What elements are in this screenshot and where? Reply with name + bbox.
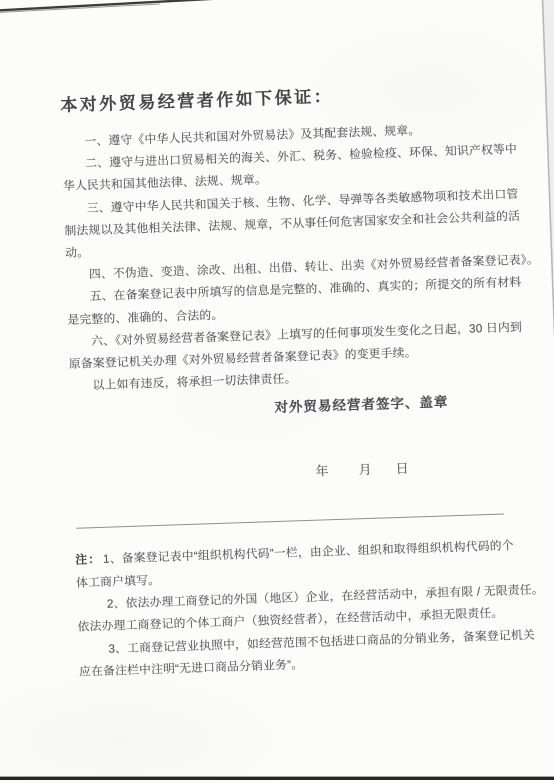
year-label: 年	[315, 464, 329, 479]
guarantee-list: 一、遵守《中华人民共和国对外贸易法》及其配套法规、规章。 二、遵守与进出口贸易相…	[61, 116, 532, 398]
month-label: 月	[358, 462, 372, 477]
signature-seal-caption: 对外贸易经营者签字、盖章	[274, 390, 533, 419]
page-top-edge-line	[0, 0, 219, 11]
date-line: 年月日	[315, 456, 534, 481]
note-prefix-label: 注：	[75, 552, 101, 567]
document-content: 本对外贸易经营者作如下保证： 一、遵守《中华人民共和国对外贸易法》及其配套法规、…	[60, 80, 541, 683]
notes-section: 注：1、备案登记表中“组织机构代码”一栏，由企业、组织和取得组织机构代码的个 体…	[75, 534, 541, 683]
scanned-document-page: 本对外贸易经营者作如下保证： 一、遵守《中华人民共和国对外贸易法》及其配套法规、…	[0, 0, 554, 783]
section-divider	[76, 514, 504, 529]
scan-bottom-band	[0, 777, 554, 780]
day-label: 日	[395, 461, 409, 476]
